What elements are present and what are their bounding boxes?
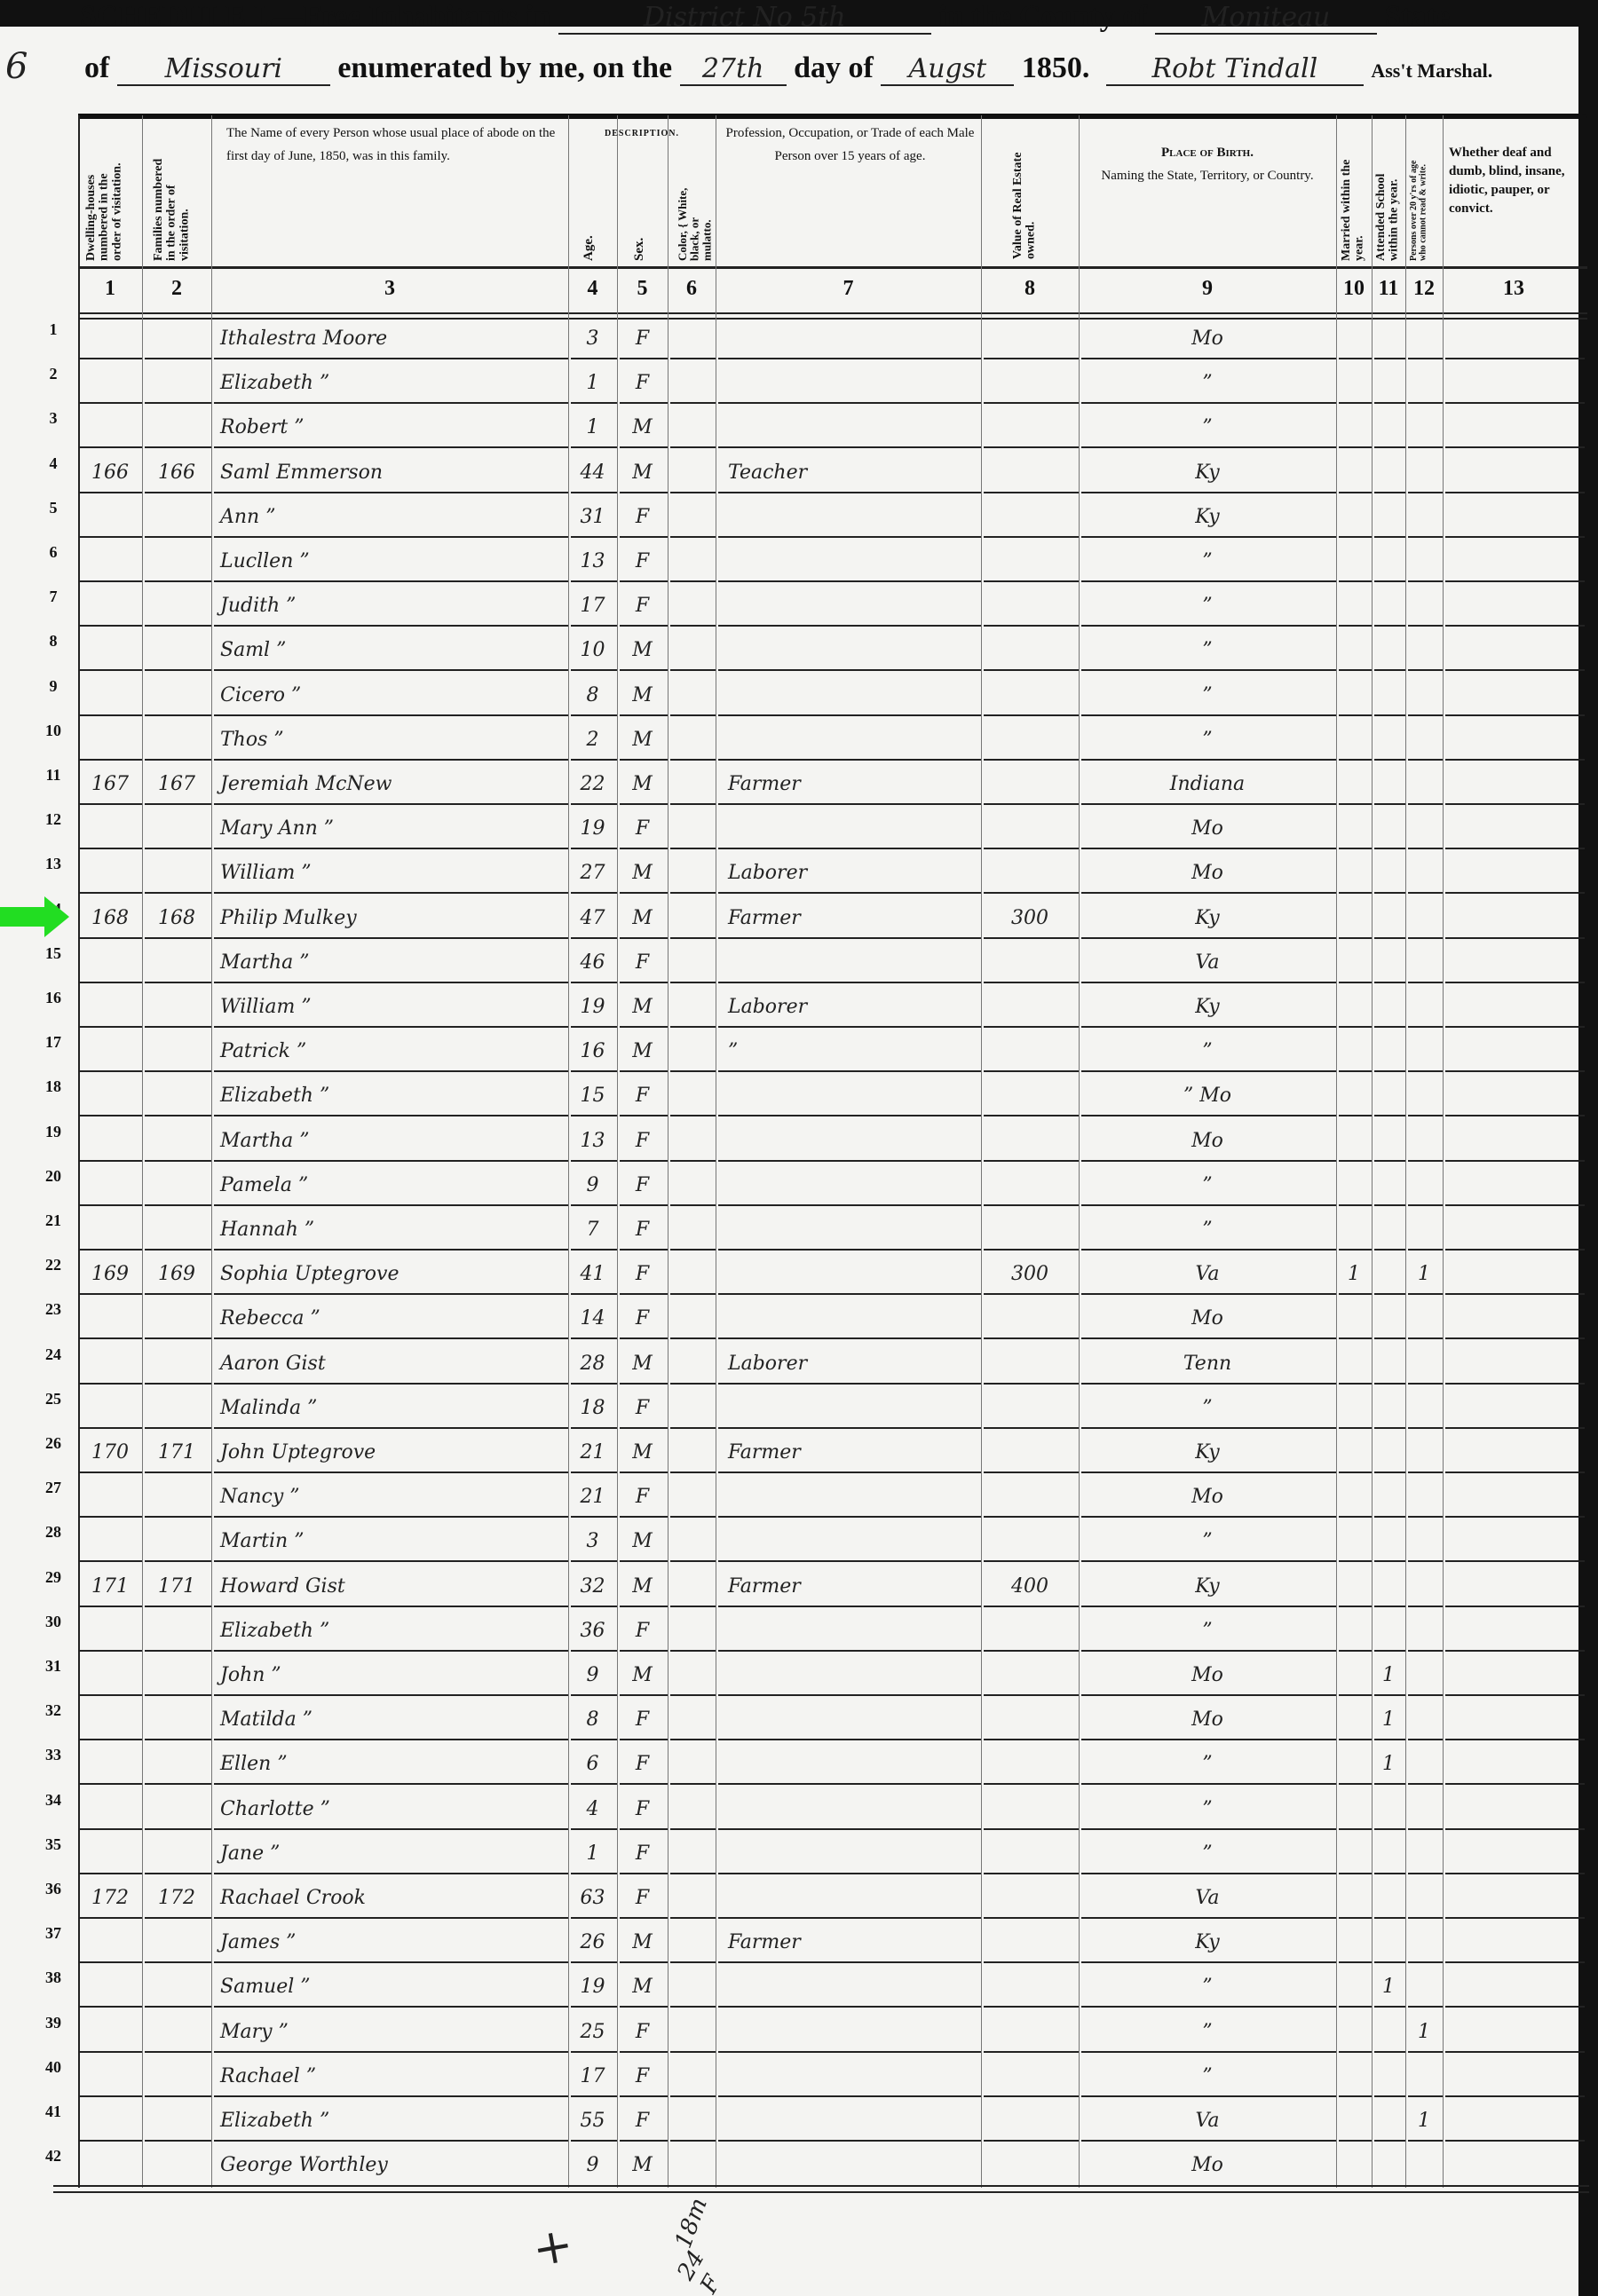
cannot-read-write-cell — [1405, 1620, 1443, 1650]
place-of-birth-cell: ” — [1079, 1530, 1336, 1560]
dwelling-number-cell: 171 — [82, 1575, 138, 1606]
occupation-cell — [728, 684, 977, 714]
color-cell — [668, 1887, 716, 1917]
cannot-read-write-cell — [1405, 1397, 1443, 1427]
family-number-cell — [146, 550, 208, 580]
occupation-cell: Teacher — [728, 462, 977, 492]
cannot-read-write-cell — [1405, 817, 1443, 848]
disabilities-cell — [1443, 2154, 1585, 2184]
real-estate-value-cell — [981, 862, 1079, 892]
dwelling-number-cell — [82, 2021, 138, 2051]
person-name-cell: Jane ” — [220, 1842, 566, 1873]
person-name-cell: Elizabeth ” — [220, 2110, 566, 2140]
row-number: 13 — [36, 855, 71, 873]
age-cell: 36 — [568, 1620, 617, 1650]
header-dwelling-houses: Dwelling-houses numbered in the order of… — [85, 126, 124, 261]
age-cell: 8 — [568, 1708, 617, 1739]
dwelling-number-cell — [82, 1307, 138, 1337]
row-number: 17 — [36, 1033, 71, 1052]
color-cell — [668, 1174, 716, 1204]
attended-school-cell — [1372, 327, 1405, 358]
age-cell: 9 — [568, 1174, 617, 1204]
person-name-cell: Mary ” — [220, 2021, 566, 2051]
cannot-read-write-cell — [1405, 1219, 1443, 1249]
color-cell — [668, 506, 716, 536]
family-number-cell — [146, 996, 208, 1026]
table-row: 41Elizabeth ”55FVa1 — [0, 2097, 1585, 2142]
person-name-cell: Rebecca ” — [220, 1307, 566, 1337]
dwelling-number-cell — [82, 1798, 138, 1828]
place-of-birth-cell: Mo — [1079, 327, 1336, 358]
row-number: 6 — [36, 543, 71, 562]
disabilities-cell — [1443, 729, 1585, 759]
married-within-year-cell — [1336, 1798, 1372, 1828]
disabilities-cell — [1443, 1397, 1585, 1427]
attended-school-cell — [1372, 684, 1405, 714]
place-of-birth-cell: Mo — [1079, 1486, 1336, 1516]
dwelling-number-cell — [82, 1353, 138, 1383]
age-cell: 32 — [568, 1575, 617, 1606]
occupation-cell — [728, 1842, 977, 1873]
real-estate-value-cell — [981, 1040, 1079, 1070]
header-name: The Name of every Person whose usual pla… — [226, 122, 564, 264]
dwelling-number-cell — [82, 1530, 138, 1560]
person-name-cell: Cicero ” — [220, 684, 566, 714]
dwelling-number-cell — [82, 862, 138, 892]
row-number: 7 — [36, 588, 71, 606]
census-page: 6 SCHEDULE I.—Free Inhabitants in Distri… — [0, 0, 1598, 2296]
table-row: 33Ellen ”6F”1 — [0, 1740, 1585, 1785]
person-name-cell: Martin ” — [220, 1530, 566, 1560]
color-cell — [668, 1976, 716, 2006]
real-estate-value-cell — [981, 996, 1079, 1026]
person-name-cell: Ithalestra Moore — [220, 327, 566, 358]
sex-cell: M — [617, 416, 668, 446]
color-cell — [668, 1441, 716, 1471]
row-number: 11 — [36, 766, 71, 785]
attended-school-cell — [1372, 506, 1405, 536]
place-of-birth-cell: ” — [1079, 372, 1336, 402]
dwelling-number-cell — [82, 2110, 138, 2140]
cannot-read-write-cell — [1405, 907, 1443, 937]
age-cell: 19 — [568, 1976, 617, 2006]
place-of-birth-cell: ” — [1079, 1040, 1336, 1070]
sex-cell: M — [617, 639, 668, 669]
person-name-cell: Rachael ” — [220, 2065, 566, 2095]
disabilities-cell — [1443, 1753, 1585, 1783]
row-number: 21 — [36, 1211, 71, 1230]
family-number-cell — [146, 862, 208, 892]
place-of-birth-cell: Indiana — [1079, 773, 1336, 803]
family-number-cell: 167 — [146, 773, 208, 803]
table-row: 30Elizabeth ”36F” — [0, 1607, 1585, 1652]
real-estate-value-cell — [981, 1219, 1079, 1249]
dwelling-number-cell — [82, 1708, 138, 1739]
row-number: 42 — [36, 2147, 71, 2166]
dwelling-number-cell — [82, 550, 138, 580]
attended-school-cell — [1372, 996, 1405, 1026]
occupation-cell — [728, 372, 977, 402]
disabilities-cell — [1443, 2110, 1585, 2140]
dwelling-number-cell: 167 — [82, 773, 138, 803]
sex-cell: F — [617, 817, 668, 848]
row-number: 41 — [36, 2103, 71, 2121]
real-estate-value-cell — [981, 327, 1079, 358]
census-grid: Dwelling-houses numbered in the order of… — [0, 0, 1598, 2296]
row-number: 23 — [36, 1300, 71, 1319]
married-within-year-cell — [1336, 1620, 1372, 1650]
disabilities-cell — [1443, 773, 1585, 803]
sex-cell: M — [617, 462, 668, 492]
row-number: 8 — [36, 632, 71, 651]
disabilities-cell — [1443, 1486, 1585, 1516]
row-number: 4 — [36, 454, 71, 473]
color-cell — [668, 1486, 716, 1516]
row-number: 36 — [36, 1880, 71, 1898]
real-estate-value-cell — [981, 1486, 1079, 1516]
dwelling-number-cell — [82, 1219, 138, 1249]
color-cell — [668, 907, 716, 937]
occupation-cell — [728, 1620, 977, 1650]
family-number-cell — [146, 1620, 208, 1650]
cannot-read-write-cell — [1405, 1040, 1443, 1070]
table-row: 31John ”9MMo1 — [0, 1652, 1585, 1696]
cannot-read-write-cell — [1405, 550, 1443, 580]
person-name-cell: Martha ” — [220, 951, 566, 982]
dwelling-number-cell — [82, 327, 138, 358]
sex-cell: F — [617, 2065, 668, 2095]
real-estate-value-cell — [981, 1976, 1079, 2006]
cannot-read-write-cell: 1 — [1405, 1263, 1443, 1293]
table-row: 27Nancy ”21FMo — [0, 1473, 1585, 1518]
age-cell: 41 — [568, 1263, 617, 1293]
married-within-year-cell — [1336, 550, 1372, 580]
place-of-birth-cell: Ky — [1079, 506, 1336, 536]
occupation-cell: ” — [728, 1040, 977, 1070]
dwelling-number-cell — [82, 1753, 138, 1783]
table-row: 36172172Rachael Crook63FVa — [0, 1874, 1585, 1919]
place-of-birth-cell: Mo — [1079, 2154, 1336, 2184]
cannot-read-write-cell — [1405, 1664, 1443, 1694]
attended-school-cell — [1372, 951, 1405, 982]
person-name-cell: Malinda ” — [220, 1397, 566, 1427]
cannot-read-write-cell — [1405, 1174, 1443, 1204]
age-cell: 19 — [568, 817, 617, 848]
color-cell — [668, 639, 716, 669]
sex-cell: F — [617, 1798, 668, 1828]
family-number-cell — [146, 327, 208, 358]
table-row: 2Elizabeth ”1F” — [0, 359, 1585, 404]
real-estate-value-cell — [981, 1708, 1079, 1739]
cannot-read-write-cell — [1405, 327, 1443, 358]
occupation-cell: Farmer — [728, 1575, 977, 1606]
table-row: 16William ”19MLaborerKy — [0, 983, 1585, 1028]
dwelling-number-cell — [82, 1976, 138, 2006]
table-row: 12Mary Ann ”19FMo — [0, 805, 1585, 849]
sex-cell: M — [617, 773, 668, 803]
table-row: 21Hannah ”7F” — [0, 1206, 1585, 1251]
disabilities-cell — [1443, 1976, 1585, 2006]
place-of-birth-cell: Mo — [1079, 862, 1336, 892]
real-estate-value-cell — [981, 1664, 1079, 1694]
occupation-cell — [728, 550, 977, 580]
person-name-cell: Saml ” — [220, 639, 566, 669]
occupation-cell — [728, 1887, 977, 1917]
married-within-year-cell — [1336, 1842, 1372, 1873]
real-estate-value-cell — [981, 817, 1079, 848]
sex-cell: F — [617, 1130, 668, 1160]
disabilities-cell — [1443, 1353, 1585, 1383]
dwelling-number-cell — [82, 1397, 138, 1427]
color-cell — [668, 1040, 716, 1070]
color-cell — [668, 327, 716, 358]
dwelling-number-cell — [82, 996, 138, 1026]
person-name-cell: Jeremiah McNew — [220, 773, 566, 803]
disabilities-cell — [1443, 684, 1585, 714]
color-cell — [668, 1219, 716, 1249]
color-cell — [668, 2021, 716, 2051]
table-row: 14168168Philip Mulkey47MFarmer300Ky — [0, 895, 1585, 939]
family-number-cell — [146, 1174, 208, 1204]
color-cell — [668, 462, 716, 492]
sex-cell: F — [617, 1708, 668, 1739]
table-row: 15Martha ”46FVa — [0, 939, 1585, 983]
place-of-birth-cell: Mo — [1079, 1307, 1336, 1337]
age-cell: 25 — [568, 2021, 617, 2051]
place-of-birth-cell: ” — [1079, 1174, 1336, 1204]
married-within-year-cell — [1336, 1486, 1372, 1516]
header-families: Families numbered in the order of visita… — [153, 126, 192, 261]
disabilities-cell — [1443, 1664, 1585, 1694]
disabilities-cell — [1443, 1040, 1585, 1070]
column-number-5: 5 — [617, 277, 668, 301]
family-number-cell — [146, 817, 208, 848]
married-within-year-cell — [1336, 1887, 1372, 1917]
row-number: 26 — [36, 1434, 71, 1453]
color-cell — [668, 550, 716, 580]
dwelling-number-cell — [82, 372, 138, 402]
table-row: 28Martin ”3M” — [0, 1518, 1585, 1562]
married-within-year-cell — [1336, 996, 1372, 1026]
sex-cell: F — [617, 1753, 668, 1783]
sex-cell: F — [617, 1174, 668, 1204]
disabilities-cell — [1443, 462, 1585, 492]
row-number: 27 — [36, 1479, 71, 1497]
place-of-birth-cell: ” — [1079, 1842, 1336, 1873]
cannot-read-write-cell — [1405, 1842, 1443, 1873]
real-estate-value-cell — [981, 1130, 1079, 1160]
attended-school-cell — [1372, 595, 1405, 625]
table-row: 3Robert ”1M” — [0, 404, 1585, 448]
column-number-1: 1 — [78, 277, 142, 301]
disabilities-cell — [1443, 639, 1585, 669]
age-cell: 16 — [568, 1040, 617, 1070]
cannot-read-write-cell — [1405, 1085, 1443, 1115]
place-of-birth-cell: Ky — [1079, 1441, 1336, 1471]
color-cell — [668, 1130, 716, 1160]
person-name-cell: Elizabeth ” — [220, 1085, 566, 1115]
header-disabilities: Whether deaf and dumb, blind, insane, id… — [1449, 144, 1582, 286]
dwelling-number-cell — [82, 1085, 138, 1115]
age-cell: 22 — [568, 773, 617, 803]
married-within-year-cell — [1336, 1931, 1372, 1961]
table-row: 24Aaron Gist28MLaborerTenn — [0, 1340, 1585, 1385]
family-number-cell: 166 — [146, 462, 208, 492]
row-number: 9 — [36, 677, 71, 696]
row-number: 38 — [36, 1969, 71, 1987]
family-number-cell — [146, 1842, 208, 1873]
cannot-read-write-cell — [1405, 506, 1443, 536]
dwelling-number-cell — [82, 1040, 138, 1070]
column-number-7: 7 — [716, 277, 981, 301]
dwelling-number-cell — [82, 1842, 138, 1873]
family-number-cell: 171 — [146, 1575, 208, 1606]
dwelling-number-cell — [82, 416, 138, 446]
color-cell — [668, 1530, 716, 1560]
married-within-year-cell — [1336, 1753, 1372, 1783]
real-estate-value-cell — [981, 2110, 1079, 2140]
color-cell — [668, 595, 716, 625]
row-number: 33 — [36, 1746, 71, 1764]
real-estate-value-cell — [981, 1753, 1079, 1783]
age-cell: 8 — [568, 684, 617, 714]
family-number-cell — [146, 1664, 208, 1694]
married-within-year-cell — [1336, 1353, 1372, 1383]
family-number-cell: 168 — [146, 907, 208, 937]
color-cell — [668, 951, 716, 982]
family-number-cell — [146, 1798, 208, 1828]
age-cell: 63 — [568, 1887, 617, 1917]
table-row: 40Rachael ”17F” — [0, 2053, 1585, 2097]
color-cell — [668, 1620, 716, 1650]
age-cell: 17 — [568, 2065, 617, 2095]
age-cell: 2 — [568, 729, 617, 759]
married-within-year-cell — [1336, 2021, 1372, 2051]
dwelling-number-cell: 172 — [82, 1887, 138, 1917]
cannot-read-write-cell — [1405, 996, 1443, 1026]
person-name-cell: Aaron Gist — [220, 1353, 566, 1383]
occupation-cell — [728, 1530, 977, 1560]
married-within-year-cell — [1336, 684, 1372, 714]
column-number-3: 3 — [211, 277, 568, 301]
row-number: 31 — [36, 1657, 71, 1676]
attended-school-cell — [1372, 1263, 1405, 1293]
cannot-read-write-cell — [1405, 372, 1443, 402]
table-row: 20Pamela ”9F” — [0, 1162, 1585, 1206]
attended-school-cell — [1372, 1441, 1405, 1471]
table-row: 8Saml ”10M” — [0, 627, 1585, 671]
person-name-cell: Ellen ” — [220, 1753, 566, 1783]
cannot-read-write-cell — [1405, 862, 1443, 892]
disabilities-cell — [1443, 1798, 1585, 1828]
married-within-year-cell — [1336, 1575, 1372, 1606]
place-of-birth-cell: ” Mo — [1079, 1085, 1336, 1115]
real-estate-value-cell — [981, 773, 1079, 803]
married-within-year-cell — [1336, 1085, 1372, 1115]
disabilities-cell — [1443, 1931, 1585, 1961]
cannot-read-write-cell — [1405, 639, 1443, 669]
person-name-cell: Samuel ” — [220, 1976, 566, 2006]
person-name-cell: Matilda ” — [220, 1708, 566, 1739]
row-number: 10 — [36, 722, 71, 740]
attended-school-cell — [1372, 773, 1405, 803]
family-number-cell — [146, 372, 208, 402]
attended-school-cell: 1 — [1372, 1976, 1405, 2006]
family-number-cell — [146, 684, 208, 714]
header-top-rule — [78, 114, 1587, 119]
real-estate-value-cell — [981, 506, 1079, 536]
married-within-year-cell — [1336, 1040, 1372, 1070]
dwelling-number-cell — [82, 1130, 138, 1160]
occupation-cell — [728, 2110, 977, 2140]
person-name-cell: John Uptegrove — [220, 1441, 566, 1471]
cannot-read-write-cell — [1405, 1530, 1443, 1560]
real-estate-value-cell — [981, 1085, 1079, 1115]
real-estate-value-cell — [981, 1887, 1079, 1917]
header-cannot-read-write: Persons over 20 y'rs of age who cannot r… — [1410, 126, 1428, 261]
attended-school-cell — [1372, 1397, 1405, 1427]
real-estate-value-cell — [981, 1798, 1079, 1828]
person-name-cell: Elizabeth ” — [220, 372, 566, 402]
disabilities-cell — [1443, 1887, 1585, 1917]
color-cell — [668, 2154, 716, 2184]
occupation-cell: Farmer — [728, 1931, 977, 1961]
occupation-cell — [728, 1976, 977, 2006]
color-cell — [668, 729, 716, 759]
person-name-cell: James ” — [220, 1931, 566, 1961]
person-name-cell: Thos ” — [220, 729, 566, 759]
dwelling-number-cell — [82, 729, 138, 759]
family-number-cell — [146, 416, 208, 446]
disabilities-cell — [1443, 996, 1585, 1026]
occupation-cell — [728, 1753, 977, 1783]
cannot-read-write-cell — [1405, 773, 1443, 803]
real-estate-value-cell — [981, 1353, 1079, 1383]
occupation-cell — [728, 1307, 977, 1337]
column-number-11: 11 — [1372, 277, 1405, 301]
place-of-birth-cell: Mo — [1079, 1130, 1336, 1160]
attended-school-cell — [1372, 1307, 1405, 1337]
sex-cell: F — [617, 372, 668, 402]
dwelling-number-cell — [82, 2154, 138, 2184]
occupation-cell — [728, 639, 977, 669]
sex-cell: F — [617, 1307, 668, 1337]
sex-cell: F — [617, 1085, 668, 1115]
dwelling-number-cell: 168 — [82, 907, 138, 937]
disabilities-cell — [1443, 2065, 1585, 2095]
age-cell: 1 — [568, 1842, 617, 1873]
table-row: 25Malinda ”18F” — [0, 1385, 1585, 1429]
column-number-4: 4 — [568, 277, 617, 301]
occupation-cell — [728, 1263, 977, 1293]
place-of-birth-cell: ” — [1079, 729, 1336, 759]
real-estate-value-cell — [981, 951, 1079, 982]
place-of-birth-cell: ” — [1079, 1753, 1336, 1783]
occupation-cell — [728, 327, 977, 358]
married-within-year-cell — [1336, 462, 1372, 492]
disabilities-cell — [1443, 2021, 1585, 2051]
color-cell — [668, 862, 716, 892]
dwelling-number-cell — [82, 1620, 138, 1650]
color-cell — [668, 2065, 716, 2095]
sex-cell: M — [617, 1441, 668, 1471]
column-number-10: 10 — [1336, 277, 1372, 301]
row-number: 16 — [36, 989, 71, 1007]
attended-school-cell — [1372, 1040, 1405, 1070]
place-of-birth-cell: ” — [1079, 416, 1336, 446]
color-cell — [668, 372, 716, 402]
column-number-6: 6 — [668, 277, 716, 301]
